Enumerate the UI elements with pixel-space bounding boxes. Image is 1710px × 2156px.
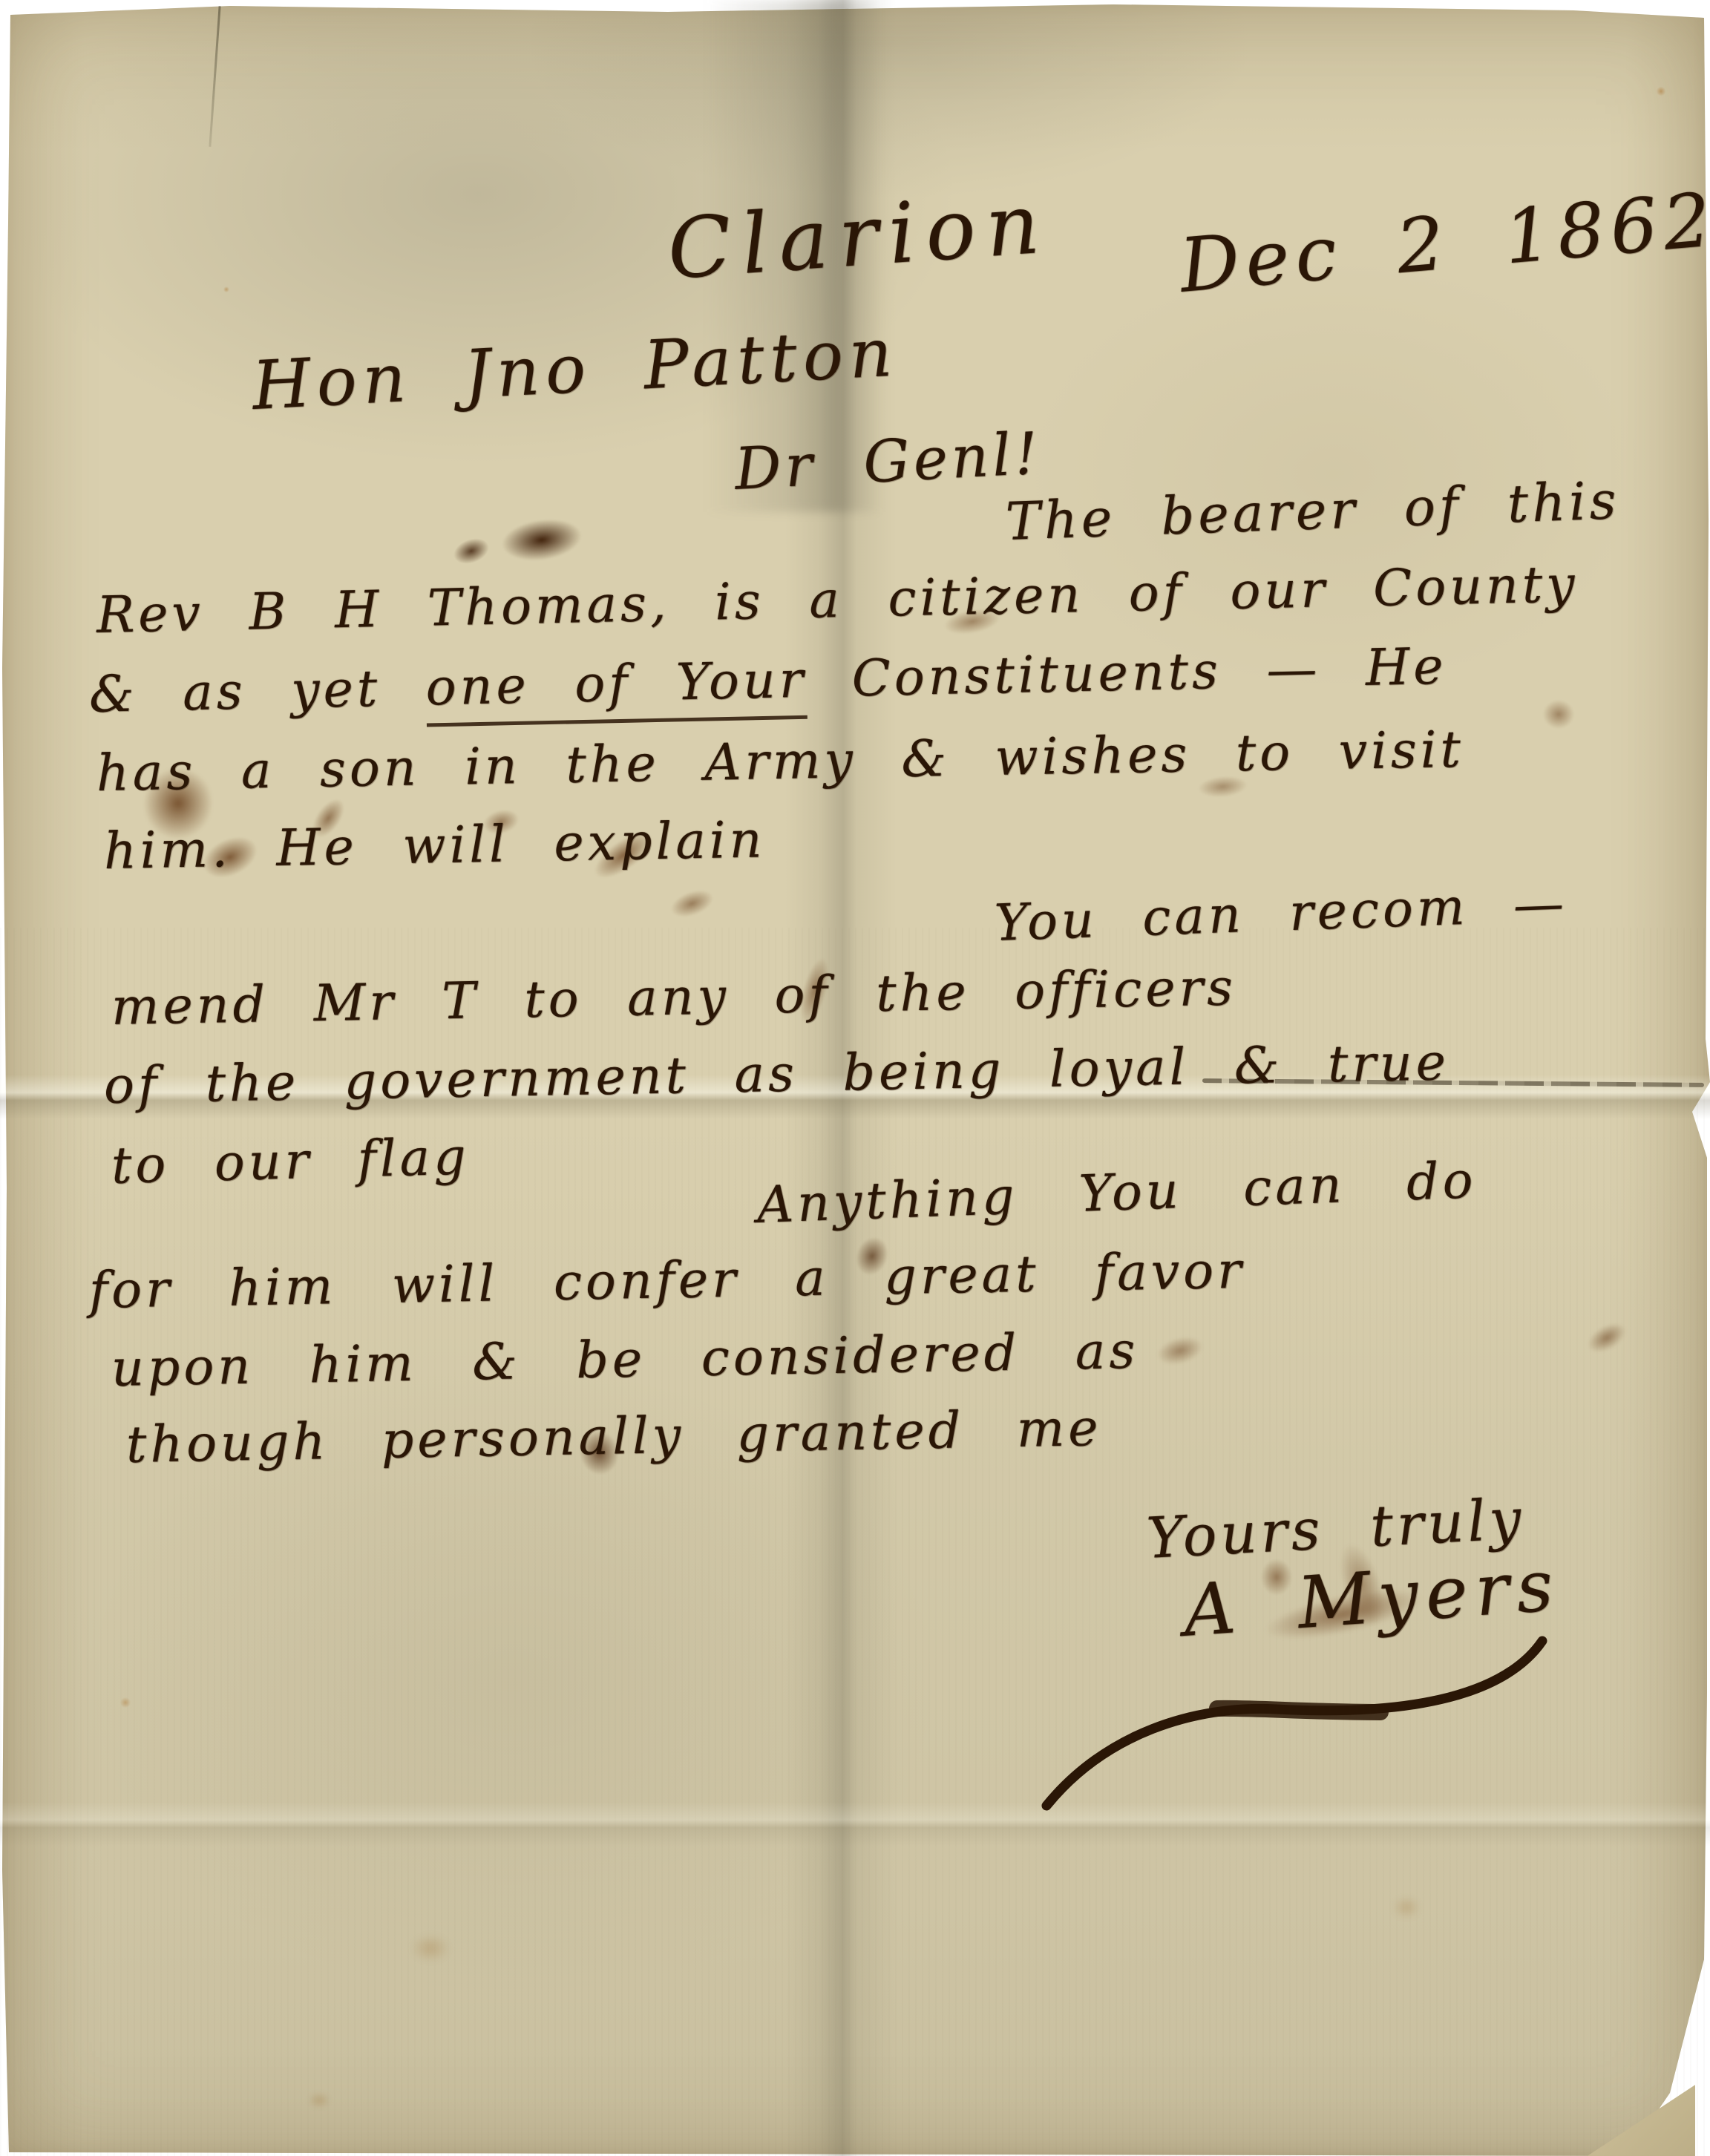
letter-scan: Clarion Dec 2 1862 Hon Jno Patton Dr Gen…: [0, 0, 1710, 2156]
body-line: to our flag: [111, 1127, 471, 1196]
body-line: him. He will explain: [103, 810, 766, 881]
underlined-phrase: one of Your: [425, 651, 807, 727]
body-line-prefix: & as yet: [88, 659, 426, 724]
